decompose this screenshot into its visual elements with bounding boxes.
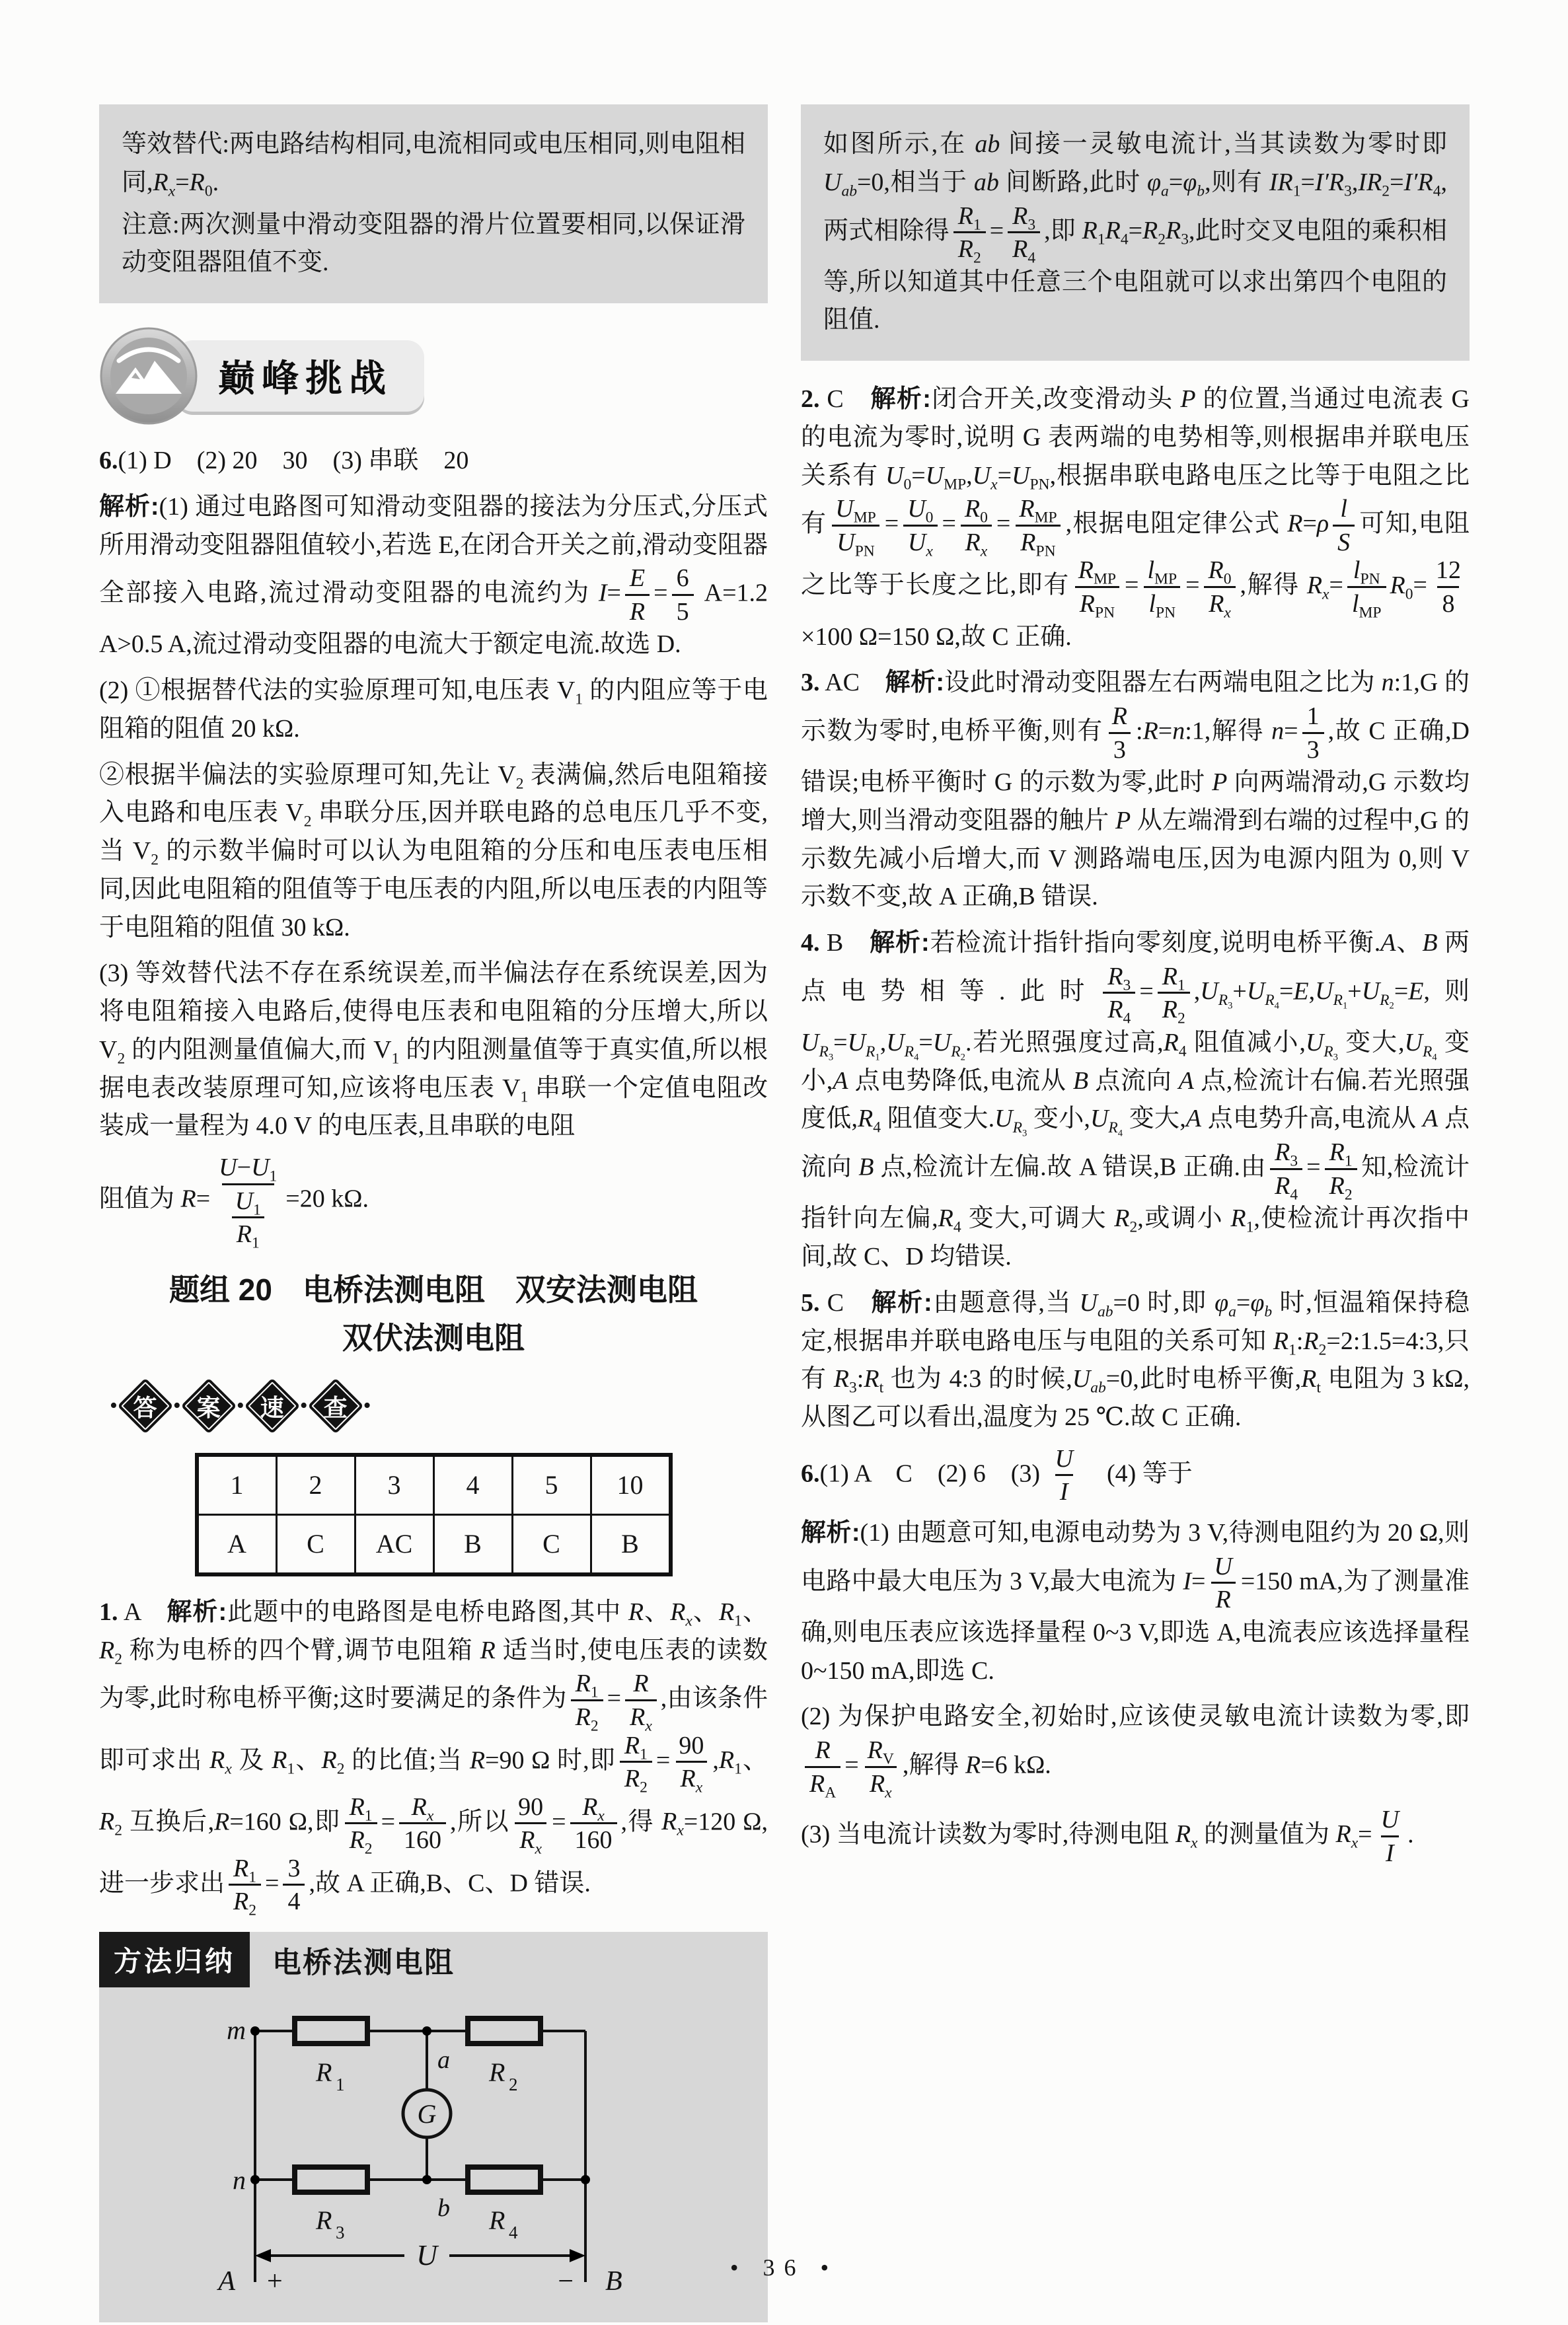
r1-label: R (315, 2057, 332, 2087)
r4-label: R (488, 2205, 505, 2235)
diamond-icon: 速 (244, 1378, 300, 1434)
table-cell: C (512, 1514, 591, 1574)
note-paragraph: 如图所示,在 ab 间接一灵敏电流计,当其读数为零时即 Uab=0,相当于 ab… (823, 126, 1447, 340)
dot-icon: • (110, 1395, 118, 1417)
table-cell: 10 (591, 1455, 671, 1515)
resistor-r3 (295, 2167, 367, 2192)
dot-icon: • (363, 1395, 371, 1417)
item6r-analysis-p3: (3) 当电流计读数为零时,待测电阻 Rx 的测量值为 Rx=UI. (801, 1806, 1470, 1867)
dot-icon: • (300, 1395, 308, 1417)
workbook-page: 等效替代:两电路结构相同,电流相同或电压相同,则电阻相同,Rx=R0. 注意:两… (0, 0, 1568, 2325)
table-cell: AC (355, 1514, 433, 1574)
item4-analysis: 4. B 解析:若检流计指针指向零刻度,说明电桥平衡.A、B 两点电势相等.此时… (801, 924, 1470, 1276)
node-dot (250, 2175, 260, 2184)
table-cell: 1 (197, 1455, 277, 1515)
resistor-r2 (468, 2018, 541, 2044)
table-cell: A (197, 1514, 277, 1574)
table-cell: B (433, 1514, 512, 1574)
challenge-badge-label: 巅峰挑战 (176, 340, 424, 412)
node-m-label: m (227, 2015, 246, 2045)
galvanometer-label: G (418, 2099, 437, 2129)
challenge-badge: 巅峰挑战 (99, 323, 768, 429)
method-box-title: 电桥法测电阻 (272, 1938, 455, 1981)
item6r-analysis-p1: 解析:(1) 由题意可知,电源电动势为 3 V,待测电阻约为 20 Ω,则电路中… (801, 1514, 1470, 1690)
bridge-note-box: 如图所示,在 ab 间接一灵敏电流计,当其读数为零时即 Uab=0,相当于 ab… (801, 104, 1470, 361)
node-dot (581, 2175, 590, 2184)
item5-analysis: 5. C 解析:由题意得,当 Uab=0 时,即 φa=φb 时,恒温箱保持稳定… (801, 1284, 1470, 1437)
diamond-icon: 答 (117, 1378, 173, 1434)
group-heading-line1: 题组 20 电桥法测电阻 双安法测电阻 (99, 1266, 768, 1315)
dot-icon: • (173, 1395, 181, 1417)
page-number: • 36 • (0, 2254, 1568, 2281)
item6-answer-line: 6.(1) D (2) 20 30 (3) 串联 20 (99, 442, 768, 480)
node-dot (422, 2026, 431, 2036)
table-cell: 4 (433, 1455, 512, 1515)
diamond-icon: 案 (180, 1378, 237, 1434)
table-cell: 2 (276, 1455, 355, 1515)
mountain-icon (99, 326, 198, 425)
method-box-header: 方法归纳 电桥法测电阻 (99, 1932, 768, 1987)
table-cell: C (276, 1514, 355, 1574)
node-n-label: n (233, 2165, 246, 2195)
item6-analysis-formula: 阻值为 R=U−U1U1R1=20 kΩ. (99, 1154, 768, 1249)
group-heading: 题组 20 电桥法测电阻 双安法测电阻 双伏法测电阻 (99, 1266, 768, 1363)
summary-note-box: 等效替代:两电路结构相同,电流相同或电压相同,则电阻相同,Rx=R0. 注意:两… (99, 104, 768, 303)
resistor-r1 (295, 2018, 367, 2044)
resistor-r4 (468, 2167, 541, 2192)
answer-check-badge: • 答 • 案 • 速 • 查 • (102, 1376, 768, 1436)
dot-icon: • (237, 1395, 244, 1417)
r2-label: R (488, 2057, 505, 2087)
item1-analysis: 1. A 解析:此题中的电路图是电桥电路图,其中 R、Rx、R1、R2 称为电桥… (99, 1594, 768, 1916)
r3-sub: 3 (336, 2223, 345, 2242)
item6r-analysis-p2: (2) 为保护电路安全,初始时,应该使灵敏电流计读数为零,即RRA=RVRx,解… (801, 1698, 1470, 1798)
item6-analysis-p4: (3) 等效替代法不存在系统误差,而半偏法存在系统误差,因为将电阻箱接入电路后,… (99, 955, 768, 1146)
item2-analysis: 2. C 解析:闭合开关,改变滑动头 P 的位置,当通过电流表 G 的电流为零时… (801, 381, 1470, 656)
note-paragraph: 等效替代:两电路结构相同,电流相同或电压相同,则电阻相同,Rx=R0. (122, 126, 745, 202)
item6-analysis-p2: (2) ①根据替代法的实验原理可知,电压表 V1 的内阻应等于电阻箱的阻值 20… (99, 672, 768, 749)
node-dot (422, 2175, 431, 2184)
r2-sub: 2 (509, 2075, 518, 2094)
r4-sub: 4 (509, 2223, 518, 2242)
item6-analysis-p1: 解析:(1) 通过电路图可知滑动变阻器的接法为分压式,分压式所用滑动变阻器阻值较… (99, 488, 768, 664)
item3-analysis: 3. AC 解析:设此时滑动变阻器左右两端电阻之比为 n:1,G 的示数为零时,… (801, 664, 1470, 916)
answers-table: 1 2 3 4 5 10 A C AC B C B (195, 1453, 673, 1576)
table-cell: 3 (355, 1455, 433, 1515)
table-row-answers: A C AC B C B (197, 1514, 671, 1574)
node-a-label: a (437, 2046, 450, 2074)
note-paragraph: 注意:两次测量中滑动变阻器的滑片位置要相同,以保证滑动变阻器阻值不变. (122, 206, 745, 283)
method-box-label: 方法归纳 (99, 1932, 250, 1987)
node-dot (250, 2026, 260, 2036)
right-column: 如图所示,在 ab 间接一灵敏电流计,当其读数为零时即 Uab=0,相当于 ab… (801, 104, 1470, 1875)
r3-label: R (315, 2205, 332, 2235)
left-column: 等效替代:两电路结构相同,电流相同或电压相同,则电阻相同,Rx=R0. 注意:两… (99, 104, 768, 2322)
table-cell: B (591, 1514, 671, 1574)
table-row-headers: 1 2 3 4 5 10 (197, 1455, 671, 1515)
table-cell: 5 (512, 1455, 591, 1515)
group-heading-line2: 双伏法测电阻 (99, 1314, 768, 1363)
node-b-label: b (437, 2194, 450, 2222)
item6r-answer-line: 6.(1) A C (2) 6 (3) UI (4) 等于 (801, 1445, 1470, 1506)
item6-analysis-p3: ②根据半偏法的实验原理可知,先让 V2 表满偏,然后电阻箱接入电路和电压表 V2… (99, 757, 768, 947)
r1-sub: 1 (336, 2075, 345, 2094)
diamond-icon: 查 (307, 1378, 363, 1434)
